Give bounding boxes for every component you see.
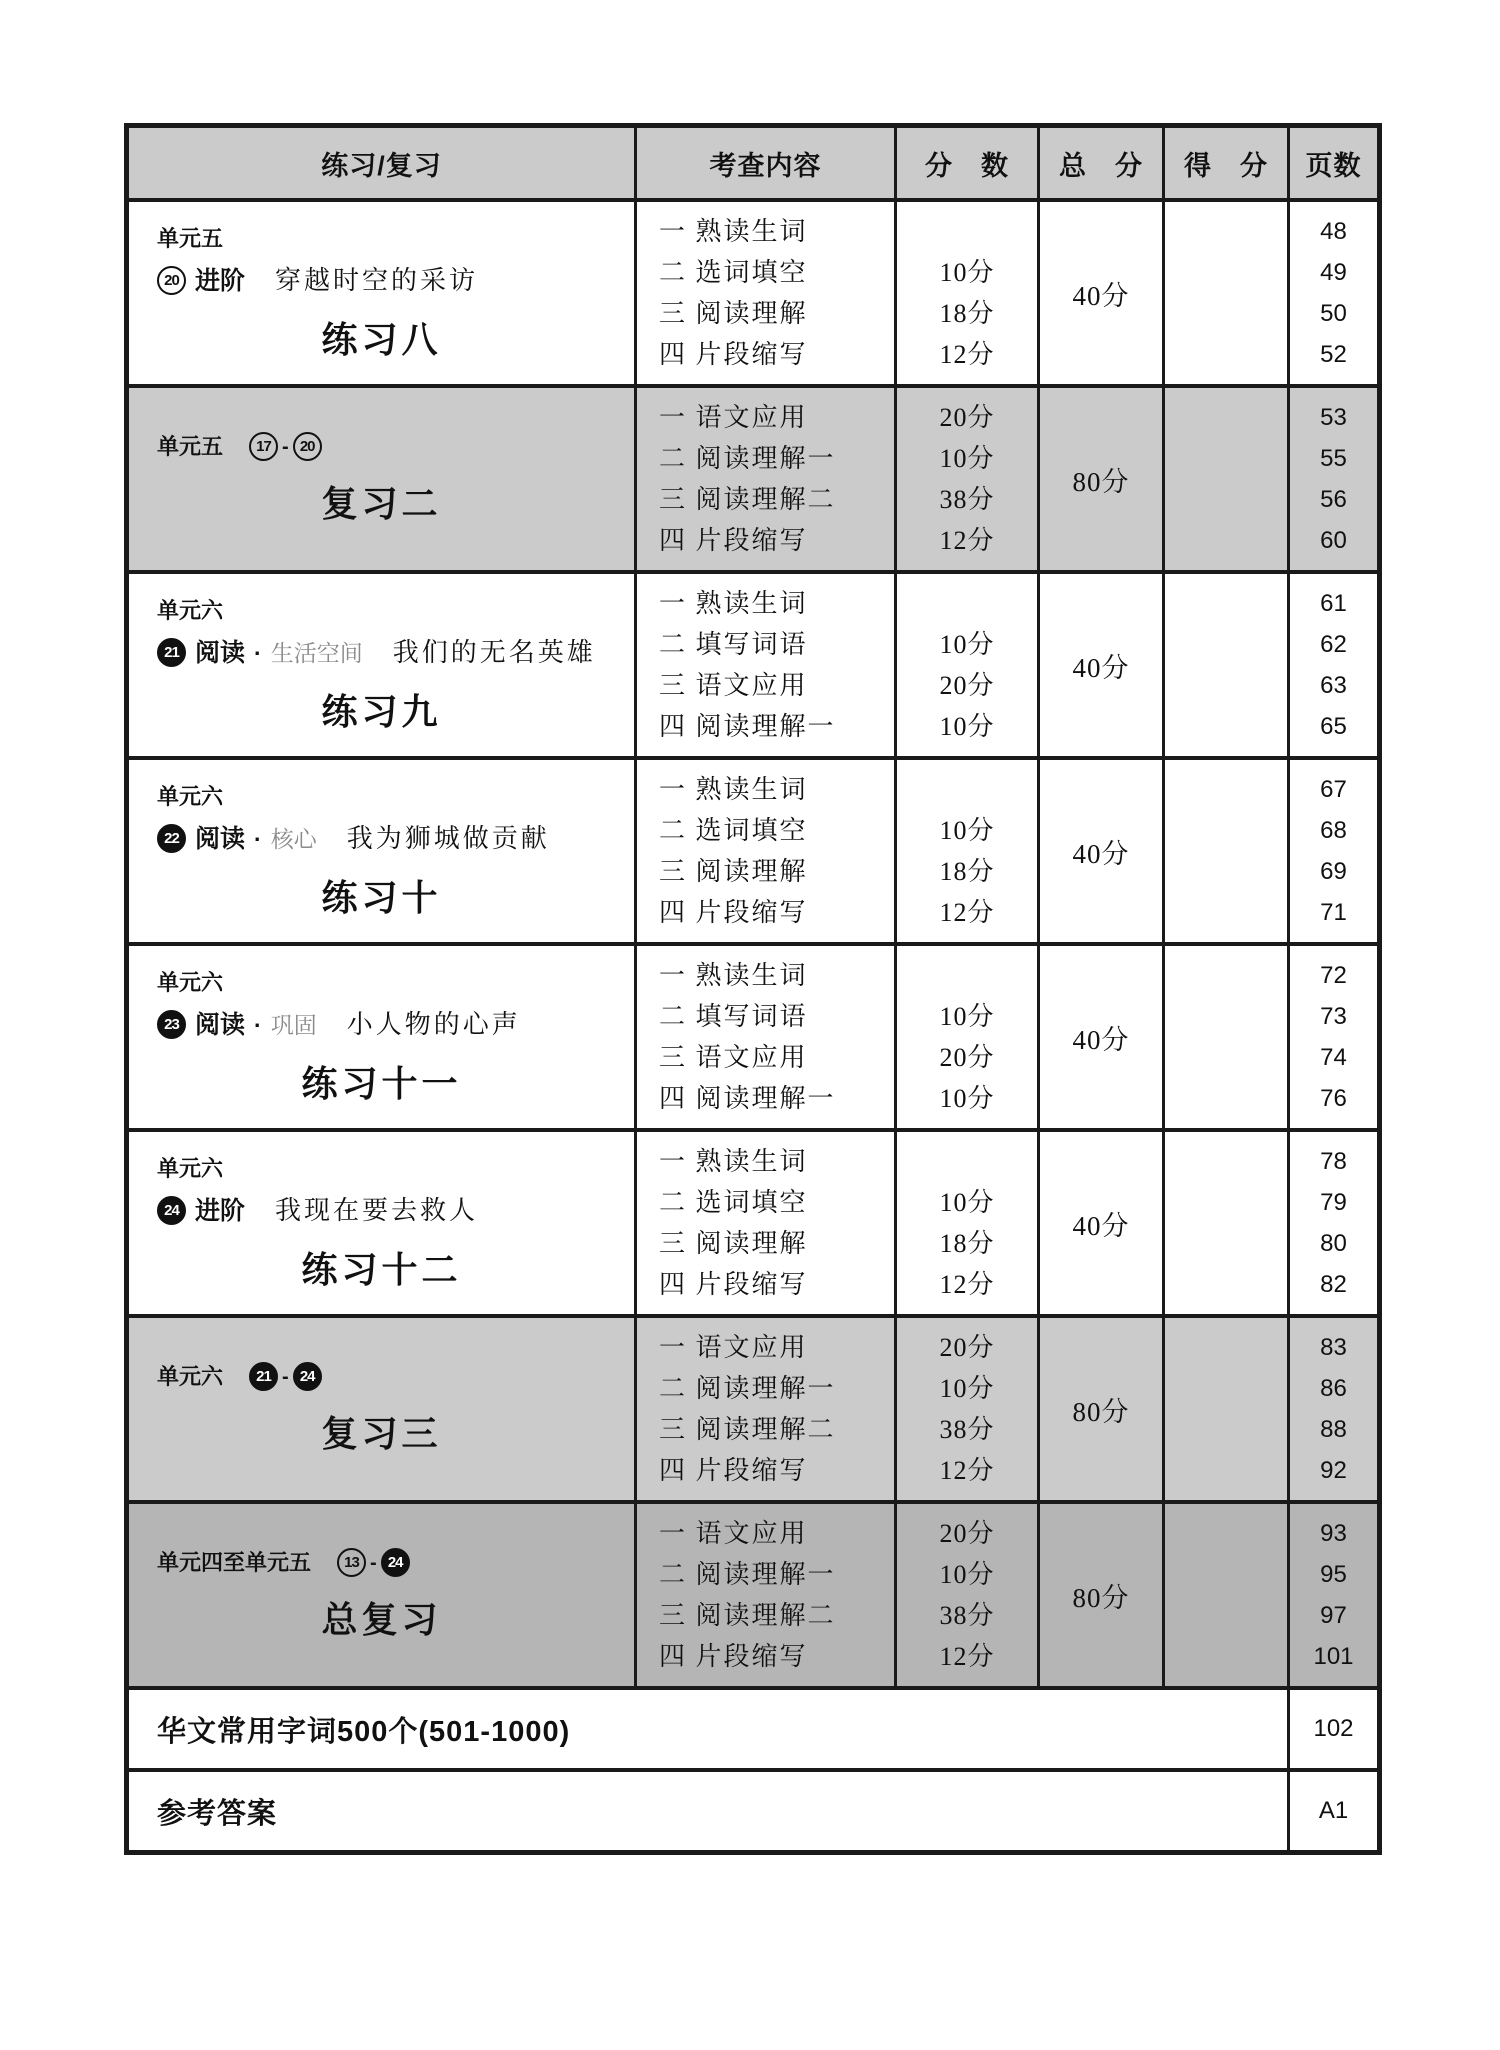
- range-badge-to: 24: [293, 1362, 322, 1391]
- exercise-name: 复习二: [129, 476, 634, 527]
- score-cell: 10分 20分 10分: [894, 574, 1037, 756]
- exercise-cell: 单元六 21 阅读 ·生活空间 我们的无名英雄 练习九: [129, 574, 634, 756]
- unit-label: 单元五: [157, 224, 223, 254]
- content-item: 四 片段缩写: [659, 1264, 894, 1305]
- content-item: 四 片段缩写: [659, 334, 894, 375]
- unit-line: 单元五 17 - 20: [129, 432, 634, 462]
- content-item: 一 熟读生词: [659, 211, 894, 252]
- header-total-score: 总 分: [1037, 128, 1162, 198]
- footer-label: 华文常用字词500个(501-1000): [157, 1709, 570, 1750]
- lesson-range: 17 - 20: [249, 432, 322, 462]
- total-cell: 40分: [1037, 574, 1162, 756]
- content-item: 二 填写词语: [659, 996, 894, 1037]
- table-header-row: 练习/复习 考查内容 分 数 总 分 得 分 页数: [129, 128, 1377, 198]
- unit-line: 单元四至单元五 13 - 24: [129, 1548, 634, 1578]
- content-item: 四 片段缩写: [659, 1450, 894, 1491]
- earned-score-cell: [1162, 574, 1287, 756]
- header-earned-score: 得 分: [1162, 128, 1287, 198]
- lesson-number-badge: 22: [157, 824, 186, 853]
- score-value: 12分: [897, 1636, 1037, 1677]
- exercise-cell: 单元六 22 阅读 ·核心 我为狮城做贡献 练习十: [129, 760, 634, 942]
- table-row: 单元六 23 阅读 ·巩固 小人物的心声 练习十一 一 熟读生词 二 填写词语 …: [129, 942, 1377, 1128]
- earned-score-cell: [1162, 388, 1287, 570]
- header-exam-content: 考查内容: [634, 128, 894, 198]
- content-item: 一 语文应用: [659, 1513, 894, 1554]
- content-item: 二 选词填空: [659, 252, 894, 293]
- total-cell: 80分: [1037, 388, 1162, 570]
- score-cell: 20分 10分 38分 12分: [894, 1504, 1037, 1686]
- content-cell: 一 熟读生词 二 填写词语 三 语文应用 四 阅读理解一: [634, 946, 894, 1128]
- page-number: 67: [1290, 769, 1377, 810]
- table-footer-row: 华文常用字词500个(501-1000) 102: [129, 1686, 1377, 1768]
- score-cell: 10分 18分 12分: [894, 760, 1037, 942]
- page-number: 80: [1290, 1223, 1377, 1264]
- content-item: 二 阅读理解一: [659, 438, 894, 479]
- unit-line: 单元六: [129, 1154, 634, 1184]
- lesson-category: 阅读: [195, 1008, 245, 1042]
- table-row: 单元四至单元五 13 - 24 总复习 一 语文应用 二 阅读理解一 三 阅读理…: [129, 1500, 1377, 1686]
- content-cell: 一 熟读生词 二 选词填空 三 阅读理解 四 片段缩写: [634, 760, 894, 942]
- score-value: 10分: [897, 1368, 1037, 1409]
- unit-label: 单元五: [157, 432, 223, 462]
- page-number: 88: [1290, 1409, 1377, 1450]
- page-number: 95: [1290, 1554, 1377, 1595]
- table-row: 单元六 24 进阶 我现在要去救人 练习十二 一 熟读生词 二 选词填空 三 阅…: [129, 1128, 1377, 1314]
- page-number: 76: [1290, 1078, 1377, 1119]
- lesson-number-badge: 23: [157, 1010, 186, 1039]
- content-item: 二 阅读理解一: [659, 1368, 894, 1409]
- score-value: 38分: [897, 1409, 1037, 1450]
- range-dash-icon: -: [370, 1548, 377, 1578]
- content-item: 一 语文应用: [659, 397, 894, 438]
- lesson-range: 21 - 24: [249, 1362, 322, 1392]
- total-cell: 40分: [1037, 202, 1162, 384]
- table-row: 单元六 22 阅读 ·核心 我为狮城做贡献 练习十 一 熟读生词 二 选词填空 …: [129, 756, 1377, 942]
- lesson-category: 进阶: [195, 1194, 245, 1228]
- content-cell: 一 熟读生词 二 填写词语 三 语文应用 四 阅读理解一: [634, 574, 894, 756]
- total-score: 80分: [1073, 1576, 1130, 1615]
- score-value: 10分: [897, 252, 1037, 293]
- footer-page-cell: A1: [1287, 1772, 1377, 1850]
- page-number: 63: [1290, 665, 1377, 706]
- page-number: 48: [1290, 211, 1377, 252]
- page-number: 68: [1290, 810, 1377, 851]
- lesson-title: 小人物的心声: [347, 1008, 521, 1042]
- table-row: 单元六 21 阅读 ·生活空间 我们的无名英雄 练习九 一 熟读生词 二 填写词…: [129, 570, 1377, 756]
- dot-separator-icon: ·: [254, 636, 262, 670]
- total-cell: 40分: [1037, 946, 1162, 1128]
- footer-label-cell: 华文常用字词500个(501-1000): [129, 1690, 1287, 1768]
- lesson-line: 21 阅读 ·生活空间 我们的无名英雄: [129, 636, 634, 670]
- exercise-name: 练习十二: [129, 1242, 634, 1293]
- score-value: 20分: [897, 1037, 1037, 1078]
- lesson-subtype: ·生活空间: [245, 636, 363, 670]
- range-badge-from: 17: [249, 432, 278, 461]
- lesson-category: 进阶: [195, 264, 245, 298]
- score-value: 20分: [897, 1327, 1037, 1368]
- footer-label-cell: 参考答案: [129, 1772, 1287, 1850]
- page-number: 93: [1290, 1513, 1377, 1554]
- exercise-name: 复习三: [129, 1406, 634, 1457]
- content-item: 二 选词填空: [659, 810, 894, 851]
- page-number: 52: [1290, 334, 1377, 375]
- table-footer-row: 参考答案 A1: [129, 1768, 1377, 1850]
- total-score: 40分: [1073, 1018, 1130, 1057]
- total-cell: 40分: [1037, 1132, 1162, 1314]
- content-item: 二 填写词语: [659, 624, 894, 665]
- pages-cell: 61 62 63 65: [1287, 574, 1377, 756]
- score-value: 12分: [897, 334, 1037, 375]
- content-item: 三 语文应用: [659, 665, 894, 706]
- header-exercise-review: 练习/复习: [129, 128, 634, 198]
- score-value: 10分: [897, 438, 1037, 479]
- content-item: 三 阅读理解: [659, 851, 894, 892]
- pages-cell: 53 55 56 60: [1287, 388, 1377, 570]
- lesson-line: 22 阅读 ·核心 我为狮城做贡献: [129, 822, 634, 856]
- unit-line: 单元六 21 - 24: [129, 1362, 634, 1392]
- exercise-name: 练习十一: [129, 1056, 634, 1107]
- lesson-line: 20 进阶 穿越时空的采访: [129, 264, 634, 298]
- content-cell: 一 熟读生词 二 选词填空 三 阅读理解 四 片段缩写: [634, 202, 894, 384]
- total-cell: 40分: [1037, 760, 1162, 942]
- header-page-number: 页数: [1287, 128, 1377, 198]
- lesson-title: 我现在要去救人: [275, 1194, 478, 1228]
- toc-page: 练习/复习 考查内容 分 数 总 分 得 分 页数 单元五 20 进阶 穿越时空…: [0, 0, 1500, 2050]
- page-number: 53: [1290, 397, 1377, 438]
- pages-cell: 48 49 50 52: [1287, 202, 1377, 384]
- content-item: 一 语文应用: [659, 1327, 894, 1368]
- earned-score-cell: [1162, 202, 1287, 384]
- score-value: 20分: [897, 1513, 1037, 1554]
- exercise-name: 总复习: [129, 1592, 634, 1643]
- total-score: 40分: [1073, 646, 1130, 685]
- score-value: [897, 1141, 1037, 1182]
- unit-line: 单元六: [129, 596, 634, 626]
- exercise-cell: 单元四至单元五 13 - 24 总复习: [129, 1504, 634, 1686]
- score-value: 20分: [897, 665, 1037, 706]
- pages-cell: 93 95 97 101: [1287, 1504, 1377, 1686]
- lesson-title: 我们的无名英雄: [393, 636, 596, 670]
- page-number: 92: [1290, 1450, 1377, 1491]
- page-number: 49: [1290, 252, 1377, 293]
- score-value: 18分: [897, 293, 1037, 334]
- earned-score-cell: [1162, 1504, 1287, 1686]
- lesson-category: 阅读: [195, 636, 245, 670]
- content-cell: 一 熟读生词 二 选词填空 三 阅读理解 四 片段缩写: [634, 1132, 894, 1314]
- score-value: 10分: [897, 1078, 1037, 1119]
- total-score: 40分: [1073, 832, 1130, 871]
- content-item: 二 阅读理解一: [659, 1554, 894, 1595]
- footer-label: 参考答案: [157, 1791, 277, 1832]
- page-number: 62: [1290, 624, 1377, 665]
- header-score: 分 数: [894, 128, 1037, 198]
- score-value: 38分: [897, 1595, 1037, 1636]
- score-value: 20分: [897, 397, 1037, 438]
- page-number: 74: [1290, 1037, 1377, 1078]
- score-value: 10分: [897, 1554, 1037, 1595]
- score-value: 12分: [897, 520, 1037, 561]
- content-item: 二 选词填空: [659, 1182, 894, 1223]
- score-cell: 20分 10分 38分 12分: [894, 1318, 1037, 1500]
- table-row: 单元五 17 - 20 复习二 一 语文应用 二 阅读理解一 三 阅读理解二 四…: [129, 384, 1377, 570]
- exercise-name: 练习八: [129, 312, 634, 363]
- page-number: 78: [1290, 1141, 1377, 1182]
- lesson-title: 我为狮城做贡献: [347, 822, 550, 856]
- range-dash-icon: -: [282, 1362, 289, 1392]
- page-number: 56: [1290, 479, 1377, 520]
- pages-cell: 78 79 80 82: [1287, 1132, 1377, 1314]
- lesson-subtype-label: 生活空间: [271, 636, 363, 670]
- content-item: 三 阅读理解二: [659, 1409, 894, 1450]
- score-value: 38分: [897, 479, 1037, 520]
- unit-label: 单元六: [157, 1154, 223, 1184]
- pages-cell: 72 73 74 76: [1287, 946, 1377, 1128]
- total-score: 40分: [1073, 1204, 1130, 1243]
- content-item: 四 阅读理解一: [659, 706, 894, 747]
- score-value: [897, 211, 1037, 252]
- page-number: 83: [1290, 1327, 1377, 1368]
- unit-label: 单元六: [157, 782, 223, 812]
- page-number: 69: [1290, 851, 1377, 892]
- score-value: 10分: [897, 706, 1037, 747]
- content-item: 四 片段缩写: [659, 892, 894, 933]
- total-score: 80分: [1073, 460, 1130, 499]
- score-value: 10分: [897, 624, 1037, 665]
- content-item: 三 阅读理解二: [659, 1595, 894, 1636]
- earned-score-cell: [1162, 1132, 1287, 1314]
- range-badge-to: 20: [293, 432, 322, 461]
- lesson-number-badge: 21: [157, 638, 186, 667]
- lesson-subtype: ·巩固: [245, 1008, 317, 1042]
- score-value: 10分: [897, 996, 1037, 1037]
- content-item: 四 片段缩写: [659, 1636, 894, 1677]
- content-cell: 一 语文应用 二 阅读理解一 三 阅读理解二 四 片段缩写: [634, 388, 894, 570]
- range-badge-to: 24: [381, 1548, 410, 1577]
- content-item: 三 阅读理解二: [659, 479, 894, 520]
- footer-page-cell: 102: [1287, 1690, 1377, 1768]
- page-number: 61: [1290, 583, 1377, 624]
- content-cell: 一 语文应用 二 阅读理解一 三 阅读理解二 四 片段缩写: [634, 1318, 894, 1500]
- content-item: 三 阅读理解: [659, 1223, 894, 1264]
- score-value: [897, 583, 1037, 624]
- page-number: 102: [1313, 1715, 1353, 1743]
- page-number: 71: [1290, 892, 1377, 933]
- exercise-cell: 单元六 21 - 24 复习三: [129, 1318, 634, 1500]
- total-score: 40分: [1073, 274, 1130, 313]
- unit-label: 单元六: [157, 1362, 223, 1392]
- toc-table: 练习/复习 考查内容 分 数 总 分 得 分 页数 单元五 20 进阶 穿越时空…: [124, 123, 1382, 1855]
- range-badge-from: 21: [249, 1362, 278, 1391]
- page-number: 50: [1290, 293, 1377, 334]
- exercise-cell: 单元五 20 进阶 穿越时空的采访 练习八: [129, 202, 634, 384]
- content-item: 一 熟读生词: [659, 583, 894, 624]
- page-number: 79: [1290, 1182, 1377, 1223]
- score-value: 12分: [897, 892, 1037, 933]
- lesson-category: 阅读: [195, 822, 245, 856]
- score-value: [897, 769, 1037, 810]
- table-row: 单元五 20 进阶 穿越时空的采访 练习八 一 熟读生词 二 选词填空 三 阅读…: [129, 198, 1377, 384]
- content-item: 三 语文应用: [659, 1037, 894, 1078]
- unit-label: 单元六: [157, 968, 223, 998]
- content-cell: 一 语文应用 二 阅读理解一 三 阅读理解二 四 片段缩写: [634, 1504, 894, 1686]
- lesson-range: 13 - 24: [337, 1548, 410, 1578]
- score-value: 18分: [897, 851, 1037, 892]
- content-item: 一 熟读生词: [659, 769, 894, 810]
- score-cell: 10分 18分 12分: [894, 202, 1037, 384]
- unit-line: 单元六: [129, 968, 634, 998]
- pages-cell: 67 68 69 71: [1287, 760, 1377, 942]
- lesson-subtype: ·核心: [245, 822, 317, 856]
- lesson-subtype-label: 核心: [271, 822, 317, 856]
- lesson-title: 穿越时空的采访: [275, 264, 478, 298]
- dot-separator-icon: ·: [254, 822, 262, 856]
- dot-separator-icon: ·: [254, 1008, 262, 1042]
- page-number: 101: [1290, 1636, 1377, 1677]
- total-score: 80分: [1073, 1390, 1130, 1429]
- total-cell: 80分: [1037, 1504, 1162, 1686]
- score-value: 10分: [897, 1182, 1037, 1223]
- lesson-number-badge: 20: [157, 266, 186, 295]
- content-item: 四 片段缩写: [659, 520, 894, 561]
- lesson-subtype-label: 巩固: [271, 1008, 317, 1042]
- page-number: 86: [1290, 1368, 1377, 1409]
- page-number: 97: [1290, 1595, 1377, 1636]
- score-value: 10分: [897, 810, 1037, 851]
- lesson-line: 23 阅读 ·巩固 小人物的心声: [129, 1008, 634, 1042]
- page-number: 60: [1290, 520, 1377, 561]
- score-cell: 20分 10分 38分 12分: [894, 388, 1037, 570]
- earned-score-cell: [1162, 760, 1287, 942]
- page-number: A1: [1319, 1797, 1348, 1825]
- lesson-number-badge: 24: [157, 1196, 186, 1225]
- range-badge-from: 13: [337, 1548, 366, 1577]
- page-number: 55: [1290, 438, 1377, 479]
- unit-label: 单元四至单元五: [157, 1548, 311, 1578]
- earned-score-cell: [1162, 1318, 1287, 1500]
- exercise-cell: 单元五 17 - 20 复习二: [129, 388, 634, 570]
- exercise-name: 练习十: [129, 870, 634, 921]
- score-value: 12分: [897, 1264, 1037, 1305]
- unit-line: 单元六: [129, 782, 634, 812]
- page-number: 73: [1290, 996, 1377, 1037]
- exercise-name: 练习九: [129, 684, 634, 735]
- score-value: 12分: [897, 1450, 1037, 1491]
- earned-score-cell: [1162, 946, 1287, 1128]
- unit-label: 单元六: [157, 596, 223, 626]
- score-cell: 10分 20分 10分: [894, 946, 1037, 1128]
- exercise-cell: 单元六 24 进阶 我现在要去救人 练习十二: [129, 1132, 634, 1314]
- page-number: 82: [1290, 1264, 1377, 1305]
- lesson-line: 24 进阶 我现在要去救人: [129, 1194, 634, 1228]
- range-dash-icon: -: [282, 432, 289, 462]
- pages-cell: 83 86 88 92: [1287, 1318, 1377, 1500]
- unit-line: 单元五: [129, 224, 634, 254]
- page-number: 65: [1290, 706, 1377, 747]
- table-row: 单元六 21 - 24 复习三 一 语文应用 二 阅读理解一 三 阅读理解二 四…: [129, 1314, 1377, 1500]
- score-value: [897, 955, 1037, 996]
- exercise-cell: 单元六 23 阅读 ·巩固 小人物的心声 练习十一: [129, 946, 634, 1128]
- content-item: 三 阅读理解: [659, 293, 894, 334]
- page-number: 72: [1290, 955, 1377, 996]
- content-item: 一 熟读生词: [659, 1141, 894, 1182]
- score-value: 18分: [897, 1223, 1037, 1264]
- content-item: 一 熟读生词: [659, 955, 894, 996]
- total-cell: 80分: [1037, 1318, 1162, 1500]
- content-item: 四 阅读理解一: [659, 1078, 894, 1119]
- score-cell: 10分 18分 12分: [894, 1132, 1037, 1314]
